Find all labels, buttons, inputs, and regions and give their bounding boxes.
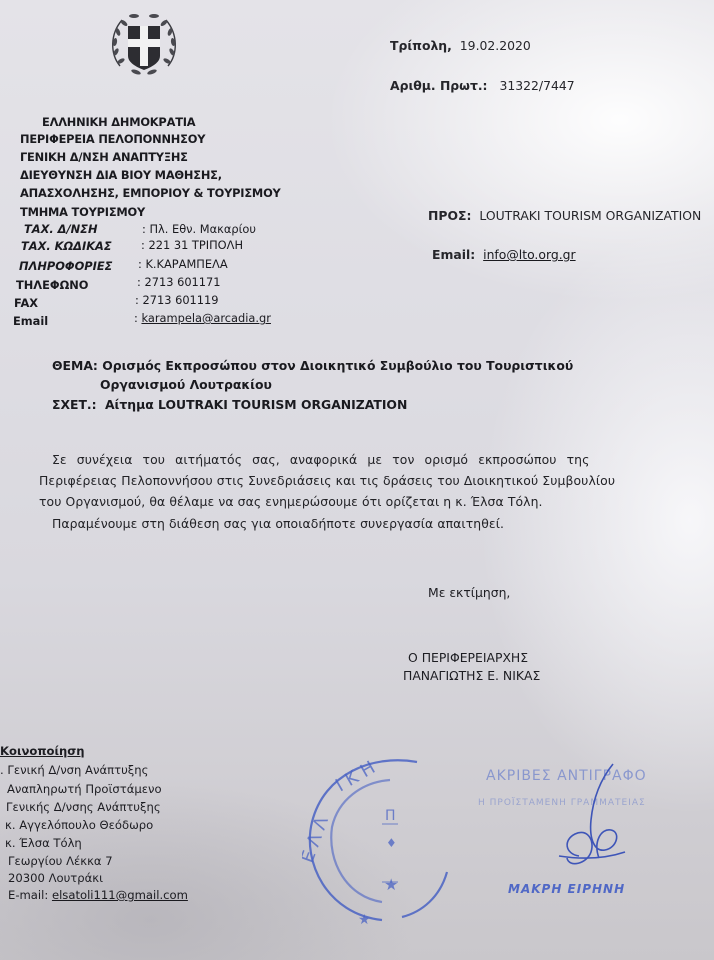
body-paragraph-2: Παραμένουμε στη διάθεση σας για οποιαδήπ… bbox=[52, 516, 504, 531]
cc-email-link[interactable]: elsatoli111@gmail.com bbox=[52, 888, 188, 902]
contact-value-postcode: : 221 31 ΤΡΙΠΟΛΗ bbox=[141, 238, 243, 252]
contact-label-info: ΠΛΗΡΟΦΟΡΙΕΣ bbox=[19, 259, 112, 273]
sender-line-6: ΤΜΗΜΑ ΤΟΥΡΙΣΜΟΥ bbox=[20, 205, 145, 219]
protocol-value: 31322/7447 bbox=[499, 78, 574, 93]
contact-value-email: : karampela@arcadia.gr bbox=[134, 311, 271, 325]
recipient-email-label: Email: bbox=[432, 247, 475, 262]
sender-line-1: ΕΛΛΗΝΙΚΗ ΔΗΜΟΚΡΑΤΙΑ bbox=[42, 115, 195, 129]
recipient-label: ΠΡΟΣ: bbox=[428, 208, 471, 223]
date: 19.02.2020 bbox=[460, 38, 531, 53]
official-round-seal-icon: Ε Λ Λ Ι Κ Η Π ♦ ★ ★ bbox=[302, 752, 482, 927]
place: Τρίπολη, bbox=[390, 38, 452, 53]
contact-label-address: ΤΑΧ. Δ/ΝΣΗ bbox=[24, 222, 97, 236]
cc-line-4: κ. Αγγελόπουλο Θεόδωρο bbox=[5, 818, 153, 832]
cc-line-2: Αναπληρωτή Προϊστάμενο bbox=[7, 782, 162, 796]
subject-line-1: Ορισμός Εκπροσώπου στον Διοικητικό Συμβο… bbox=[102, 358, 573, 373]
place-date: Τρίπολη, 19.02.2020 bbox=[390, 38, 531, 53]
subject-label: ΘΕΜΑ: bbox=[52, 358, 98, 373]
cc-email-label: E-mail: bbox=[8, 888, 52, 902]
contact-value-fax: : 2713 601119 bbox=[135, 293, 219, 307]
signatory-title: Ο ΠΕΡΙΦΕΡΕΙΑΡΧΗΣ bbox=[408, 650, 528, 665]
recipient-name: LOUTRAKI TOURISM ORGANIZATION bbox=[479, 208, 701, 223]
cc-line-7: 20300 Λουτράκι bbox=[8, 871, 103, 885]
reference: ΣΧΕΤ.: Αίτημα LOUTRAKI TOURISM ORGANIZAT… bbox=[52, 397, 407, 412]
contact-label-fax: FAX bbox=[14, 296, 38, 310]
reference-label: ΣΧΕΤ.: bbox=[52, 397, 97, 412]
protocol-number: Αριθμ. Πρωτ.: 31322/7447 bbox=[390, 78, 575, 93]
contact-label-email: Email bbox=[13, 314, 48, 328]
subject: ΘΕΜΑ: Ορισμός Εκπροσώπου στον Διοικητικό… bbox=[52, 358, 573, 373]
subject-line-2: Οργανισμού Λουτρακίου bbox=[100, 377, 272, 392]
reference-text: Αίτημα LOUTRAKI TOURISM ORGANIZATION bbox=[105, 397, 407, 412]
svg-text:Π: Π bbox=[385, 808, 396, 824]
greek-coat-of-arms-icon bbox=[106, 6, 182, 82]
signer-name-stamp: ΜΑΚΡΗ ΕΙΡΗΝΗ bbox=[508, 882, 625, 896]
handwritten-signature-icon bbox=[555, 760, 645, 880]
recipient: ΠΡΟΣ: LOUTRAKI TOURISM ORGANIZATION bbox=[428, 208, 701, 223]
sender-line-4: ΔΙΕΥΘΥΝΣΗ ΔΙΑ ΒΙΟΥ ΜΑΘΗΣΗΣ, bbox=[20, 168, 222, 182]
cc-email: E-mail: elsatoli111@gmail.com bbox=[8, 888, 188, 902]
cc-heading: Κοινοποίηση bbox=[0, 744, 85, 758]
contact-value-phone: : 2713 601171 bbox=[137, 275, 221, 289]
sender-email-link[interactable]: karampela@arcadia.gr bbox=[141, 311, 270, 325]
protocol-label: Αριθμ. Πρωτ.: bbox=[390, 78, 488, 93]
cc-line-5: κ. Έλσα Τόλη bbox=[5, 836, 82, 850]
contact-value-address: : Πλ. Εθν. Μακαρίου bbox=[142, 222, 256, 236]
sender-line-3: ΓΕΝΙΚΗ Δ/ΝΣΗ ΑΝΑΠΤΥΞΗΣ bbox=[20, 150, 188, 164]
recipient-email: Email: info@lto.org.gr bbox=[432, 247, 576, 262]
body-paragraph-1-line-2: Περιφέρειας Πελοποννήσου στις Συνεδριάσε… bbox=[39, 473, 615, 488]
signatory-name: ΠΑΝΑΓΙΩΤΗΣ Ε. ΝΙΚΑΣ bbox=[403, 668, 540, 683]
cc-line-1: . Γενική Δ/νση Ανάπτυξης bbox=[0, 763, 148, 777]
svg-text:★: ★ bbox=[358, 912, 371, 927]
svg-text:♦: ♦ bbox=[386, 836, 397, 850]
contact-label-postcode: ΤΑΧ. ΚΩΔΙΚΑΣ bbox=[21, 239, 112, 253]
sender-line-2: ΠΕΡΙΦΕΡΕΙΑ ΠΕΛΟΠΟΝΝΗΣΟΥ bbox=[20, 132, 205, 146]
cc-line-6: Γεωργίου Λέκκα 7 bbox=[8, 854, 113, 868]
sender-line-5: ΑΠΑΣΧΟΛΗΣΗΣ, ΕΜΠΟΡΙΟΥ & ΤΟΥΡΙΣΜΟΥ bbox=[20, 186, 281, 200]
body-paragraph-1-line-1: Σε συνέχεια του αιτήματός σας, αναφορικά… bbox=[52, 452, 590, 467]
body-paragraph-1-line-3: του Οργανισμού, θα θέλαμε να σας ενημερώ… bbox=[39, 494, 543, 509]
closing: Με εκτίμηση, bbox=[428, 585, 510, 600]
recipient-email-link[interactable]: info@lto.org.gr bbox=[483, 247, 575, 262]
svg-text:★: ★ bbox=[384, 875, 398, 894]
contact-value-info: : Κ.ΚΑΡΑΜΠΕΛΑ bbox=[138, 257, 228, 271]
svg-text:Ε Λ Λ: Ε Λ Λ bbox=[302, 813, 333, 865]
cc-line-3: Γενικής Δ/νσης Ανάπτυξης bbox=[6, 800, 161, 814]
contact-label-phone: ΤΗΛΕΦΩΝΟ bbox=[16, 278, 88, 292]
